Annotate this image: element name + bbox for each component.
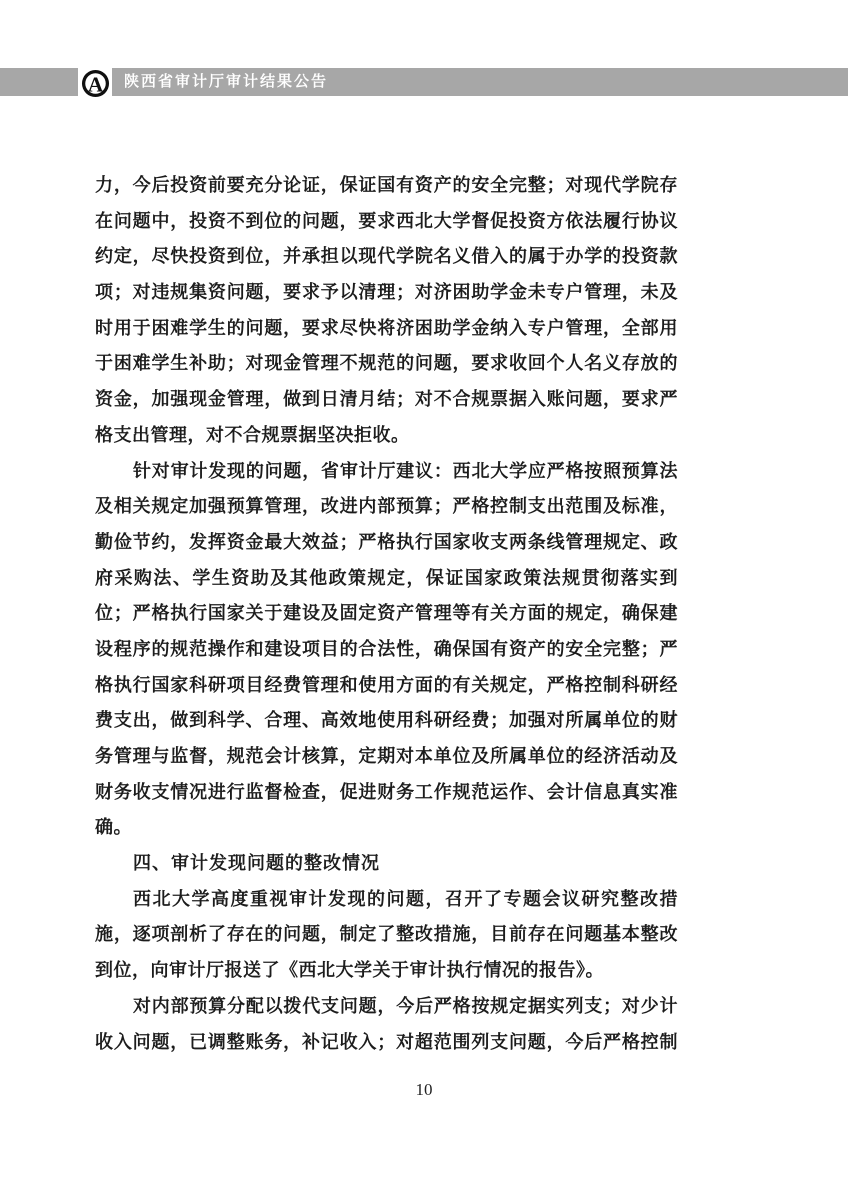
document-page: A 陕西省审计厅审计结果公告 力，今后投资前要充分论证，保证国有资产的安全完整；… — [0, 0, 848, 1200]
text-line: 及相关规定加强预算管理，改进内部预算；严格控制支出范围及标准， — [95, 489, 678, 525]
audit-emblem-icon: A — [81, 69, 110, 98]
text-line: 务管理与监督，规范会计核算，定期对本单位及所属单位的经济活动及 — [95, 739, 678, 775]
text-line: 资金，加强现金管理，做到日清月结；对不合规票据入账问题，要求严 — [95, 382, 678, 418]
text-line: 到位，向审计厅报送了《西北大学关于审计执行情况的报告》。 — [95, 953, 678, 989]
section-heading: 四、审计发现问题的整改情况 — [95, 846, 678, 882]
text-line: 西北大学高度重视审计发现的问题，召开了专题会议研究整改措 — [95, 882, 678, 918]
page-number: 10 — [0, 1080, 848, 1100]
text-line: 位；严格执行国家关于建设及固定资产管理等有关方面的规定，确保建 — [95, 596, 678, 632]
text-line: 确。 — [95, 810, 678, 846]
text-line: 府采购法、学生资助及其他政策规定，保证国家政策法规贯彻落实到 — [95, 561, 678, 597]
header-title: 陕西省审计厅审计结果公告 — [124, 68, 328, 96]
text-line: 格执行国家科研项目经费管理和使用方面的有关规定，严格控制科研经 — [95, 668, 678, 704]
document-body: 力，今后投资前要充分论证，保证国有资产的安全完整；对现代学院存 在问题中，投资不… — [95, 168, 678, 1060]
text-line: 财务收支情况进行监督检查，促进财务工作规范运作、会计信息真实准 — [95, 775, 678, 811]
text-line: 收入问题，已调整账务，补记收入；对超范围列支问题，今后严格控制 — [95, 1025, 678, 1061]
text-line: 针对审计发现的问题，省审计厅建议：西北大学应严格按照预算法 — [95, 454, 678, 490]
text-line: 对内部预算分配以拨代支问题，今后严格按规定据实列支；对少计 — [95, 989, 678, 1025]
audit-logo: A — [78, 64, 112, 102]
text-line: 施，逐项剖析了存在的问题，制定了整改措施，目前存在问题基本整改 — [95, 917, 678, 953]
text-line: 于困难学生补助；对现金管理不规范的问题，要求收回个人名义存放的 — [95, 346, 678, 382]
text-line: 项；对违规集资问题，要求予以清理；对济困助学金未专户管理，未及 — [95, 275, 678, 311]
text-line: 力，今后投资前要充分论证，保证国有资产的安全完整；对现代学院存 — [95, 168, 678, 204]
text-line: 勤俭节约，发挥资金最大效益；严格执行国家收支两条线管理规定、政 — [95, 525, 678, 561]
text-line: 约定，尽快投资到位，并承担以现代学院名义借入的属于办学的投资款 — [95, 239, 678, 275]
text-line: 格支出管理，对不合规票据坚决拒收。 — [95, 418, 678, 454]
logo-letter: A — [87, 72, 103, 96]
text-line: 费支出，做到科学、合理、高效地使用科研经费；加强对所属单位的财 — [95, 703, 678, 739]
text-line: 时用于困难学生的问题，要求尽快将济困助学金纳入专户管理，全部用 — [95, 311, 678, 347]
text-line: 设程序的规范操作和建设项目的合法性，确保国有资产的安全完整；严 — [95, 632, 678, 668]
text-line: 在问题中，投资不到位的问题，要求西北大学督促投资方依法履行协议 — [95, 204, 678, 240]
